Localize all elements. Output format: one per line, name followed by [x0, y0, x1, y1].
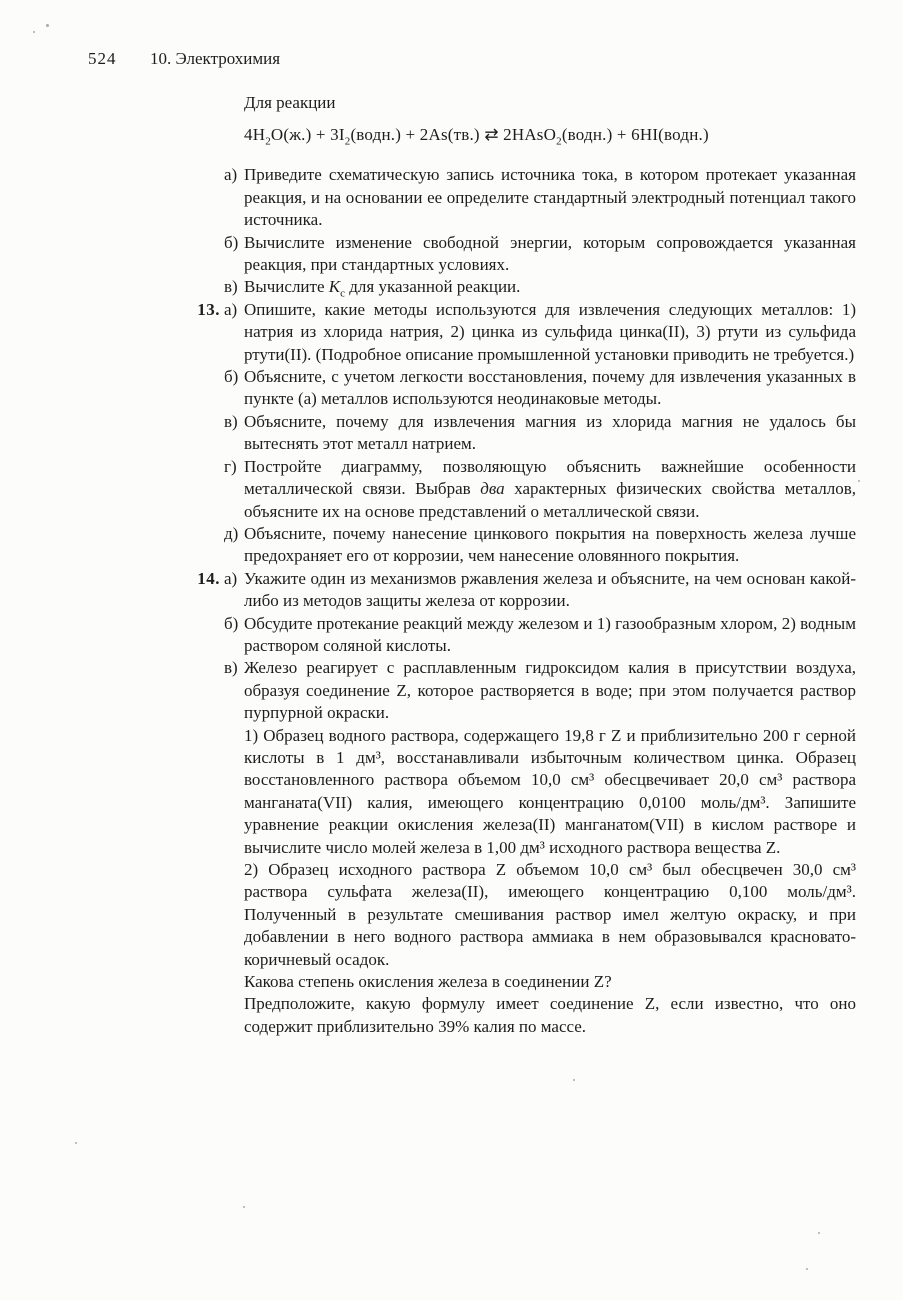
- subparagraph-2: 2) Образец исходного раствора Z объемом …: [244, 859, 856, 971]
- scan-speck: [818, 1232, 820, 1234]
- item-text: Обсудите протекание реакций между железо…: [244, 613, 856, 658]
- reaction-equation: 4H2O(ж.) + 3I2(водн.) + 2As(тв.) ⇄ 2HAsO…: [244, 121, 856, 149]
- item-label: б): [220, 232, 244, 277]
- item-text: Опишите, какие методы используются для и…: [244, 299, 856, 366]
- problem-number: 14.: [190, 568, 220, 613]
- item-row-a: а) Приведите схематическую запись источн…: [190, 164, 856, 231]
- problem-number-blank: [190, 657, 220, 724]
- problem-number-blank: [190, 523, 220, 568]
- item-row-v: в) Вычислите Kс для указанной реакции.: [190, 276, 856, 298]
- scan-speck: [573, 1079, 575, 1081]
- item-row-14a: 14. а) Укажите один из механизмов ржавле…: [190, 568, 856, 613]
- item-text: Укажите один из механизмов ржавления жел…: [244, 568, 856, 613]
- book-page: 52410. Электрохимия Для реакции 4H2O(ж.)…: [0, 0, 903, 1300]
- item-text: Объясните, почему нанесение цинкового по…: [244, 523, 856, 568]
- problem-number-blank: [190, 276, 220, 298]
- item-label: а): [220, 568, 244, 613]
- scan-speck: [75, 1142, 77, 1144]
- scan-speck: [243, 1206, 245, 1208]
- item-row-13a: 13. а) Опишите, какие методы используютс…: [190, 299, 856, 366]
- problem-number-blank: [190, 613, 220, 658]
- scan-speck: [806, 1268, 808, 1270]
- problem-number-blank: [190, 366, 220, 411]
- item-label: в): [220, 411, 244, 456]
- item-label: г): [220, 456, 244, 523]
- problem-number-blank: [190, 411, 220, 456]
- item-label: а): [220, 299, 244, 366]
- item-text: Вычислите Kс для указанной реакции.: [244, 276, 856, 298]
- intro-text: Для реакции: [244, 92, 856, 114]
- item-label: а): [220, 164, 244, 231]
- problem-number-blank: [190, 456, 220, 523]
- subparagraph-question-2: Предположите, какую формулу имеет соедин…: [244, 993, 856, 1038]
- item-row-13v: в) Объясните, почему для извлечения магн…: [190, 411, 856, 456]
- scan-speck: [33, 31, 35, 33]
- item-text: Объясните, с учетом легкости восстановле…: [244, 366, 856, 411]
- item-row-13d: д) Объясните, почему нанесение цинкового…: [190, 523, 856, 568]
- item-text: Постройте диаграмму, позволяющую объясни…: [244, 456, 856, 523]
- problem-number-blank: [190, 164, 220, 231]
- item-label: б): [220, 613, 244, 658]
- scan-speck: [46, 24, 49, 27]
- problem-number-blank: [190, 232, 220, 277]
- page-header: 52410. Электрохимия: [88, 48, 280, 70]
- item-text: Железо реагирует с расплавленным гидрокс…: [244, 657, 856, 724]
- subparagraph-question-1: Какова степень окисления железа в соедин…: [244, 971, 856, 993]
- item-label: в): [220, 657, 244, 724]
- item-row-13b: б) Объясните, с учетом легкости восстано…: [190, 366, 856, 411]
- item-text: Вычислите изменение свободной энергии, к…: [244, 232, 856, 277]
- subparagraph-1: 1) Образец водного раствора, содержащего…: [244, 725, 856, 859]
- chapter-heading: 10. Электрохимия: [150, 48, 280, 70]
- page-number: 524: [88, 48, 150, 70]
- scan-speck: [858, 480, 860, 482]
- item-row-14b: б) Обсудите протекание реакций между жел…: [190, 613, 856, 658]
- item-row-13g: г) Постройте диаграмму, позволяющую объя…: [190, 456, 856, 523]
- item-label: б): [220, 366, 244, 411]
- item-text: Приведите схематическую запись источника…: [244, 164, 856, 231]
- item-row-14v: в) Железо реагирует с расплавленным гидр…: [190, 657, 856, 724]
- item-label: д): [220, 523, 244, 568]
- problem-number: 13.: [190, 299, 220, 366]
- item-label: в): [220, 276, 244, 298]
- page-body: Для реакции 4H2O(ж.) + 3I2(водн.) + 2As(…: [0, 92, 856, 1038]
- item-row-b: б) Вычислите изменение свободной энергии…: [190, 232, 856, 277]
- item-text: Объясните, почему для извлечения магния …: [244, 411, 856, 456]
